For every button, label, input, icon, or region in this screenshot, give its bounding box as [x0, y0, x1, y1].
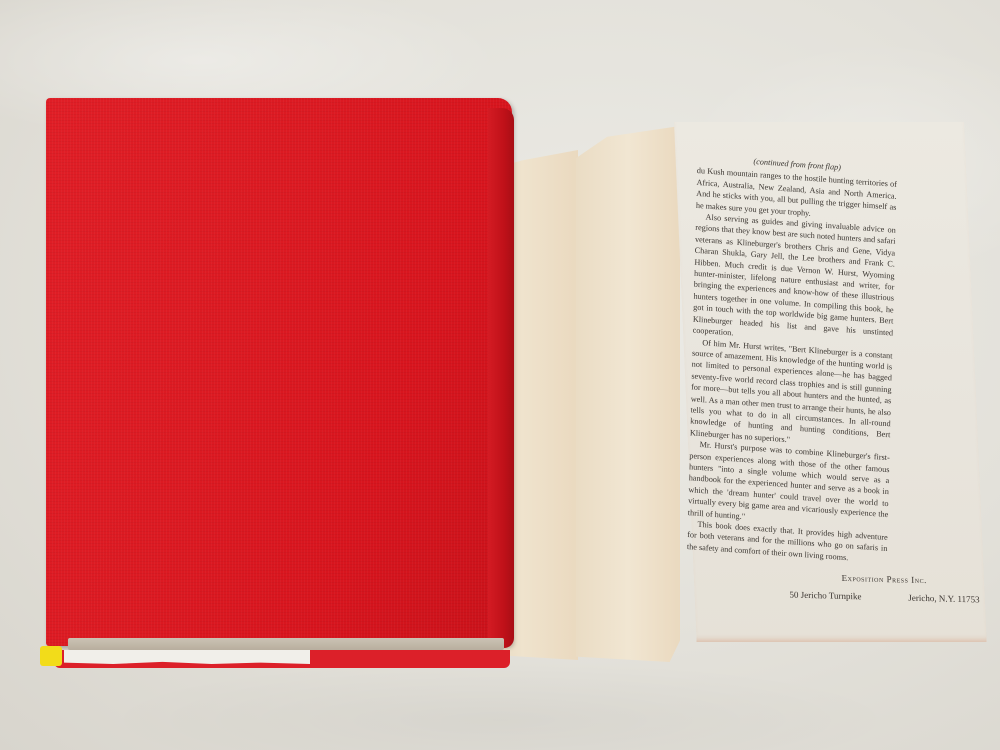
flap-paragraph: Also serving as guides and giving invalu…: [692, 211, 895, 350]
torn-white-label: [64, 650, 310, 664]
publisher-name: Exposition Press Inc.: [789, 572, 979, 587]
book-spine-edge: [488, 108, 514, 648]
book-page-edges: [68, 638, 504, 650]
jacket-back-flap: (continued from front flap) du Kush moun…: [674, 122, 987, 642]
book-cover: [46, 98, 512, 646]
flap-paragraph: Of him Mr. Hurst writes, "Bert Klineburg…: [690, 336, 893, 452]
publisher-street: 50 Jericho Turnpike: [789, 590, 861, 602]
red-hardcover-book: [40, 98, 514, 670]
jacket-back-panel: [576, 126, 680, 662]
publisher-city: Jericho, N.Y. 11753: [908, 593, 979, 605]
flap-paragraph: Mr. Hurst's purpose was to combine Kline…: [688, 438, 890, 532]
publisher-block: Exposition Press Inc. 50 Jericho Turnpik…: [789, 572, 980, 605]
yellow-tab-sticker: [40, 646, 62, 666]
flap-text: (continued from front flap) du Kush moun…: [687, 152, 898, 566]
dust-jacket: (continued from front flap) du Kush moun…: [486, 122, 964, 662]
